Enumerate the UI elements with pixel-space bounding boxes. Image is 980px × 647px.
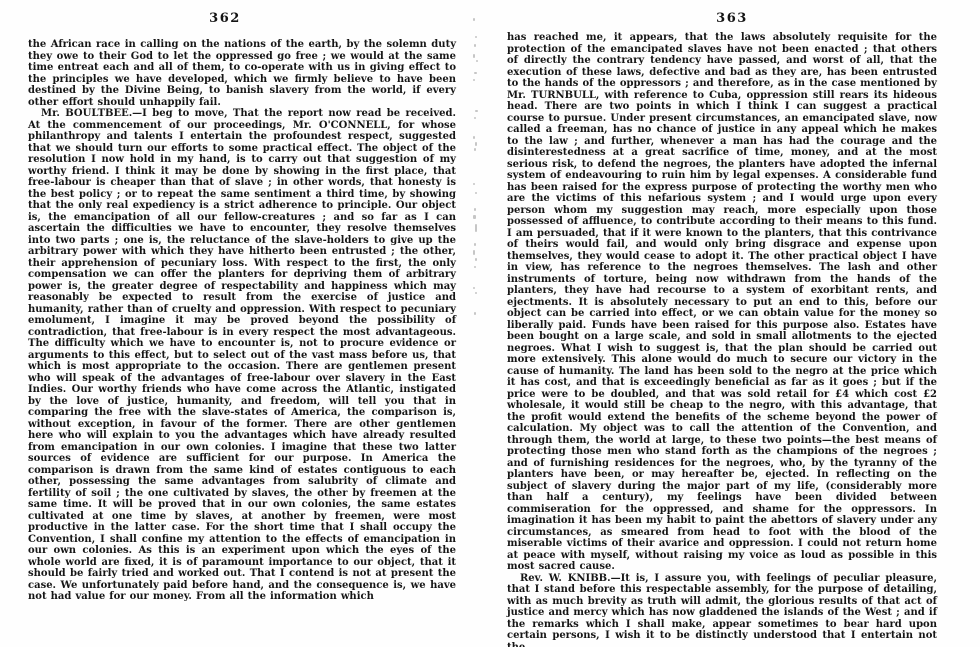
- paragraph: the African race in calling on the natio…: [28, 39, 456, 108]
- scan-noise-speck: [473, 215, 476, 219]
- page-number-left: 362: [11, 11, 439, 26]
- scan-noise-speck: [473, 54, 475, 58]
- scan-noise-speck: [474, 117, 476, 119]
- scan-noise-speck: [474, 72, 477, 74]
- scan-noise-speck: [475, 36, 477, 38]
- book-scan: 362 363 the African race in calling on t…: [0, 0, 980, 647]
- scan-noise-speck: [474, 312, 476, 315]
- scan-noise-speck: [473, 250, 475, 255]
- scan-noise-speck: [474, 44, 476, 47]
- scan-noise-speck: [474, 208, 476, 211]
- scan-noise-speck: [473, 287, 475, 289]
- right-page-text-column: has reached me, it appears, that the law…: [507, 32, 937, 644]
- scan-noise-speck: [473, 18, 475, 21]
- page-number-right: 363: [518, 11, 946, 26]
- paragraph: Mr. BOULTBEE.—I beg to move, That the re…: [28, 108, 456, 603]
- scanned-book-spread: { "document": { "left_page": { "page_num…: [0, 0, 980, 647]
- scan-noise-speck: [475, 192, 477, 194]
- scan-noise-speck: [538, 622, 540, 624]
- scan-noise-speck: [475, 110, 478, 112]
- scan-noise-speck: [473, 79, 475, 81]
- scan-noise-speck: [473, 183, 475, 185]
- scan-noise-speck: [475, 142, 477, 146]
- scan-noise-speck: [476, 60, 478, 62]
- left-page-text-column: the African race in calling on the natio…: [28, 39, 456, 639]
- scan-noise-speck: [474, 148, 476, 151]
- paragraph: Rev. W. KNIBB.—It is, I assure you, with…: [507, 573, 937, 647]
- scan-noise-speck: [475, 258, 477, 261]
- scan-noise-speck: [473, 136, 475, 139]
- scan-noise-speck: [475, 224, 477, 232]
- scan-noise-speck: [475, 292, 477, 294]
- paragraph: has reached me, it appears, that the law…: [507, 32, 937, 573]
- scan-noise-speck: [474, 266, 476, 268]
- scan-noise-speck: [474, 243, 476, 246]
